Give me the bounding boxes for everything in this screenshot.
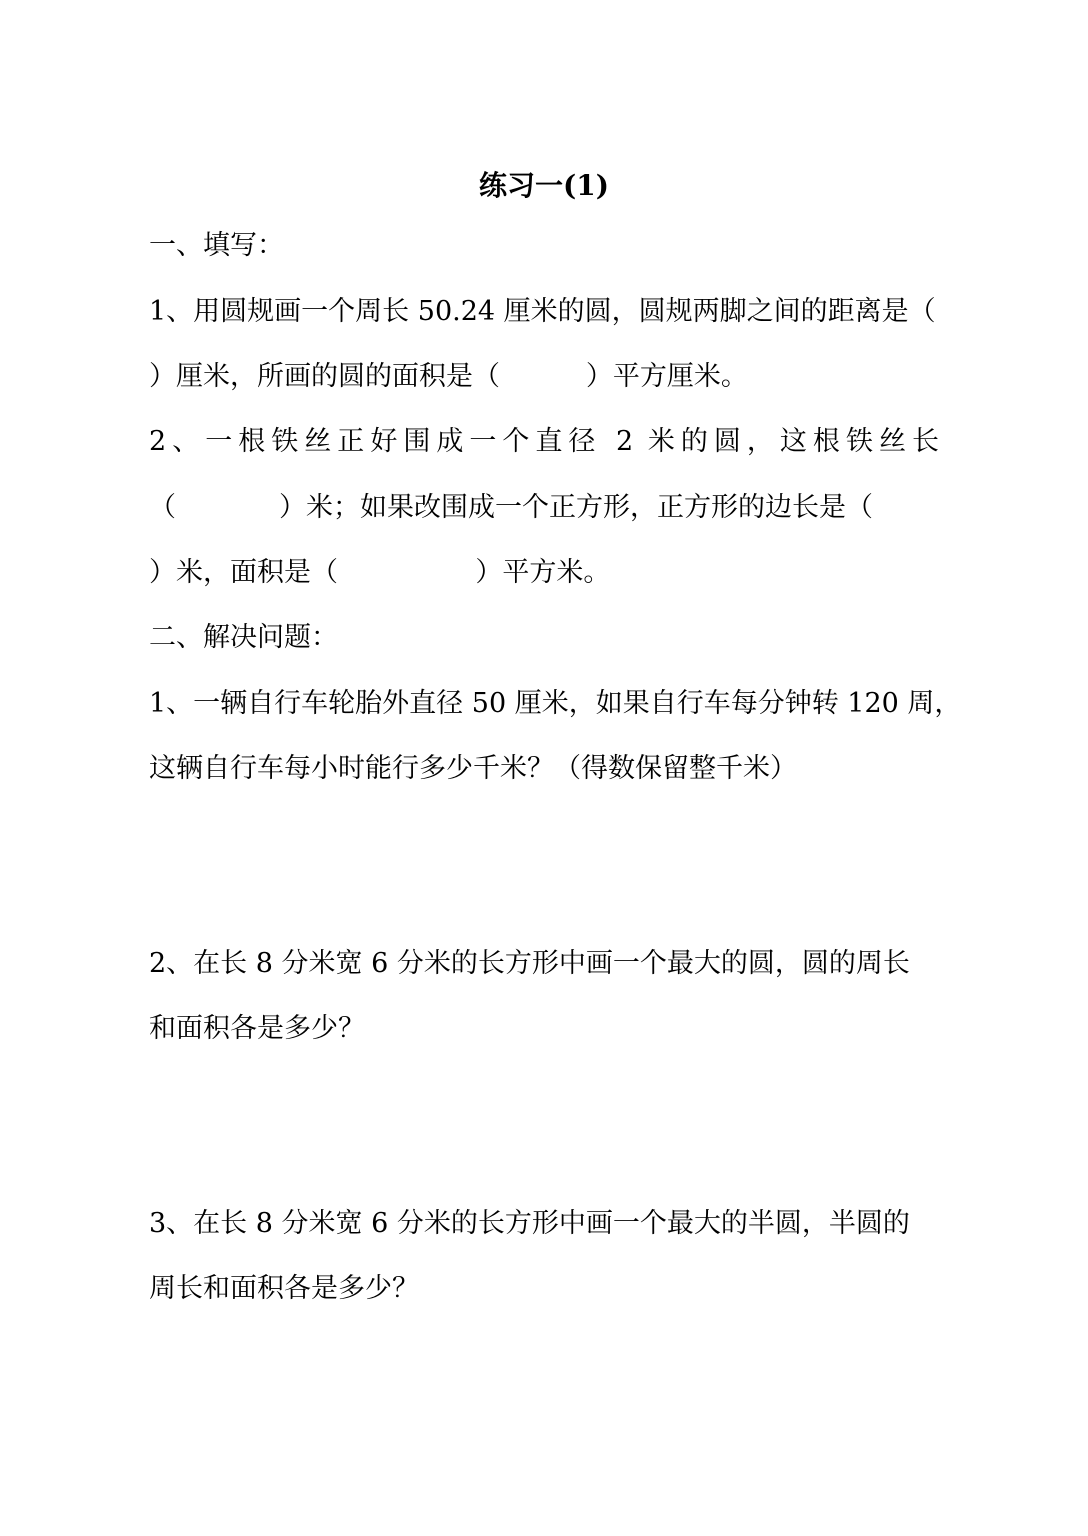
problem-q3-line1: 3、在长 8 分米宽 6 分米的长方形中画一个最大的半圆，半圆的 — [149, 1206, 910, 1242]
problem-q1-line1: 1、一辆自行车轮胎外直径 50 厘米，如果自行车每分钟转 120 周， — [149, 686, 961, 722]
problem-q1-line2: 这辆自行车每小时能行多少千米？（得数保留整千米） — [149, 751, 797, 787]
problem-q2-line2: 和面积各是多少？ — [149, 1011, 365, 1047]
fill-q1-line1: 1、用圆规画一个周长 50.24 厘米的圆，圆规两脚之间的距离是（ — [149, 294, 936, 330]
page-title: 练习一(1) — [0, 168, 1088, 204]
fill-q2-line2: （ ）米；如果改围成一个正方形，正方形的边长是（ — [149, 490, 873, 526]
fill-q2-line3: ）米，面积是（ ）平方米。 — [149, 555, 610, 591]
section-heading-fill-in: 一、填写： — [149, 228, 284, 264]
fill-q1-line2: ）厘米，所画的圆的面积是（ ）平方厘米。 — [149, 359, 748, 395]
section-heading-problems: 二、解决问题： — [149, 620, 338, 656]
problem-q2-line1: 2、在长 8 分米宽 6 分米的长方形中画一个最大的圆，圆的周长 — [149, 946, 910, 982]
problem-q3-line2: 周长和面积各是多少？ — [149, 1271, 419, 1307]
fill-q2-line1: 2、一根铁丝正好围成一个直径 2 米的圆，这根铁丝长 — [149, 424, 939, 460]
